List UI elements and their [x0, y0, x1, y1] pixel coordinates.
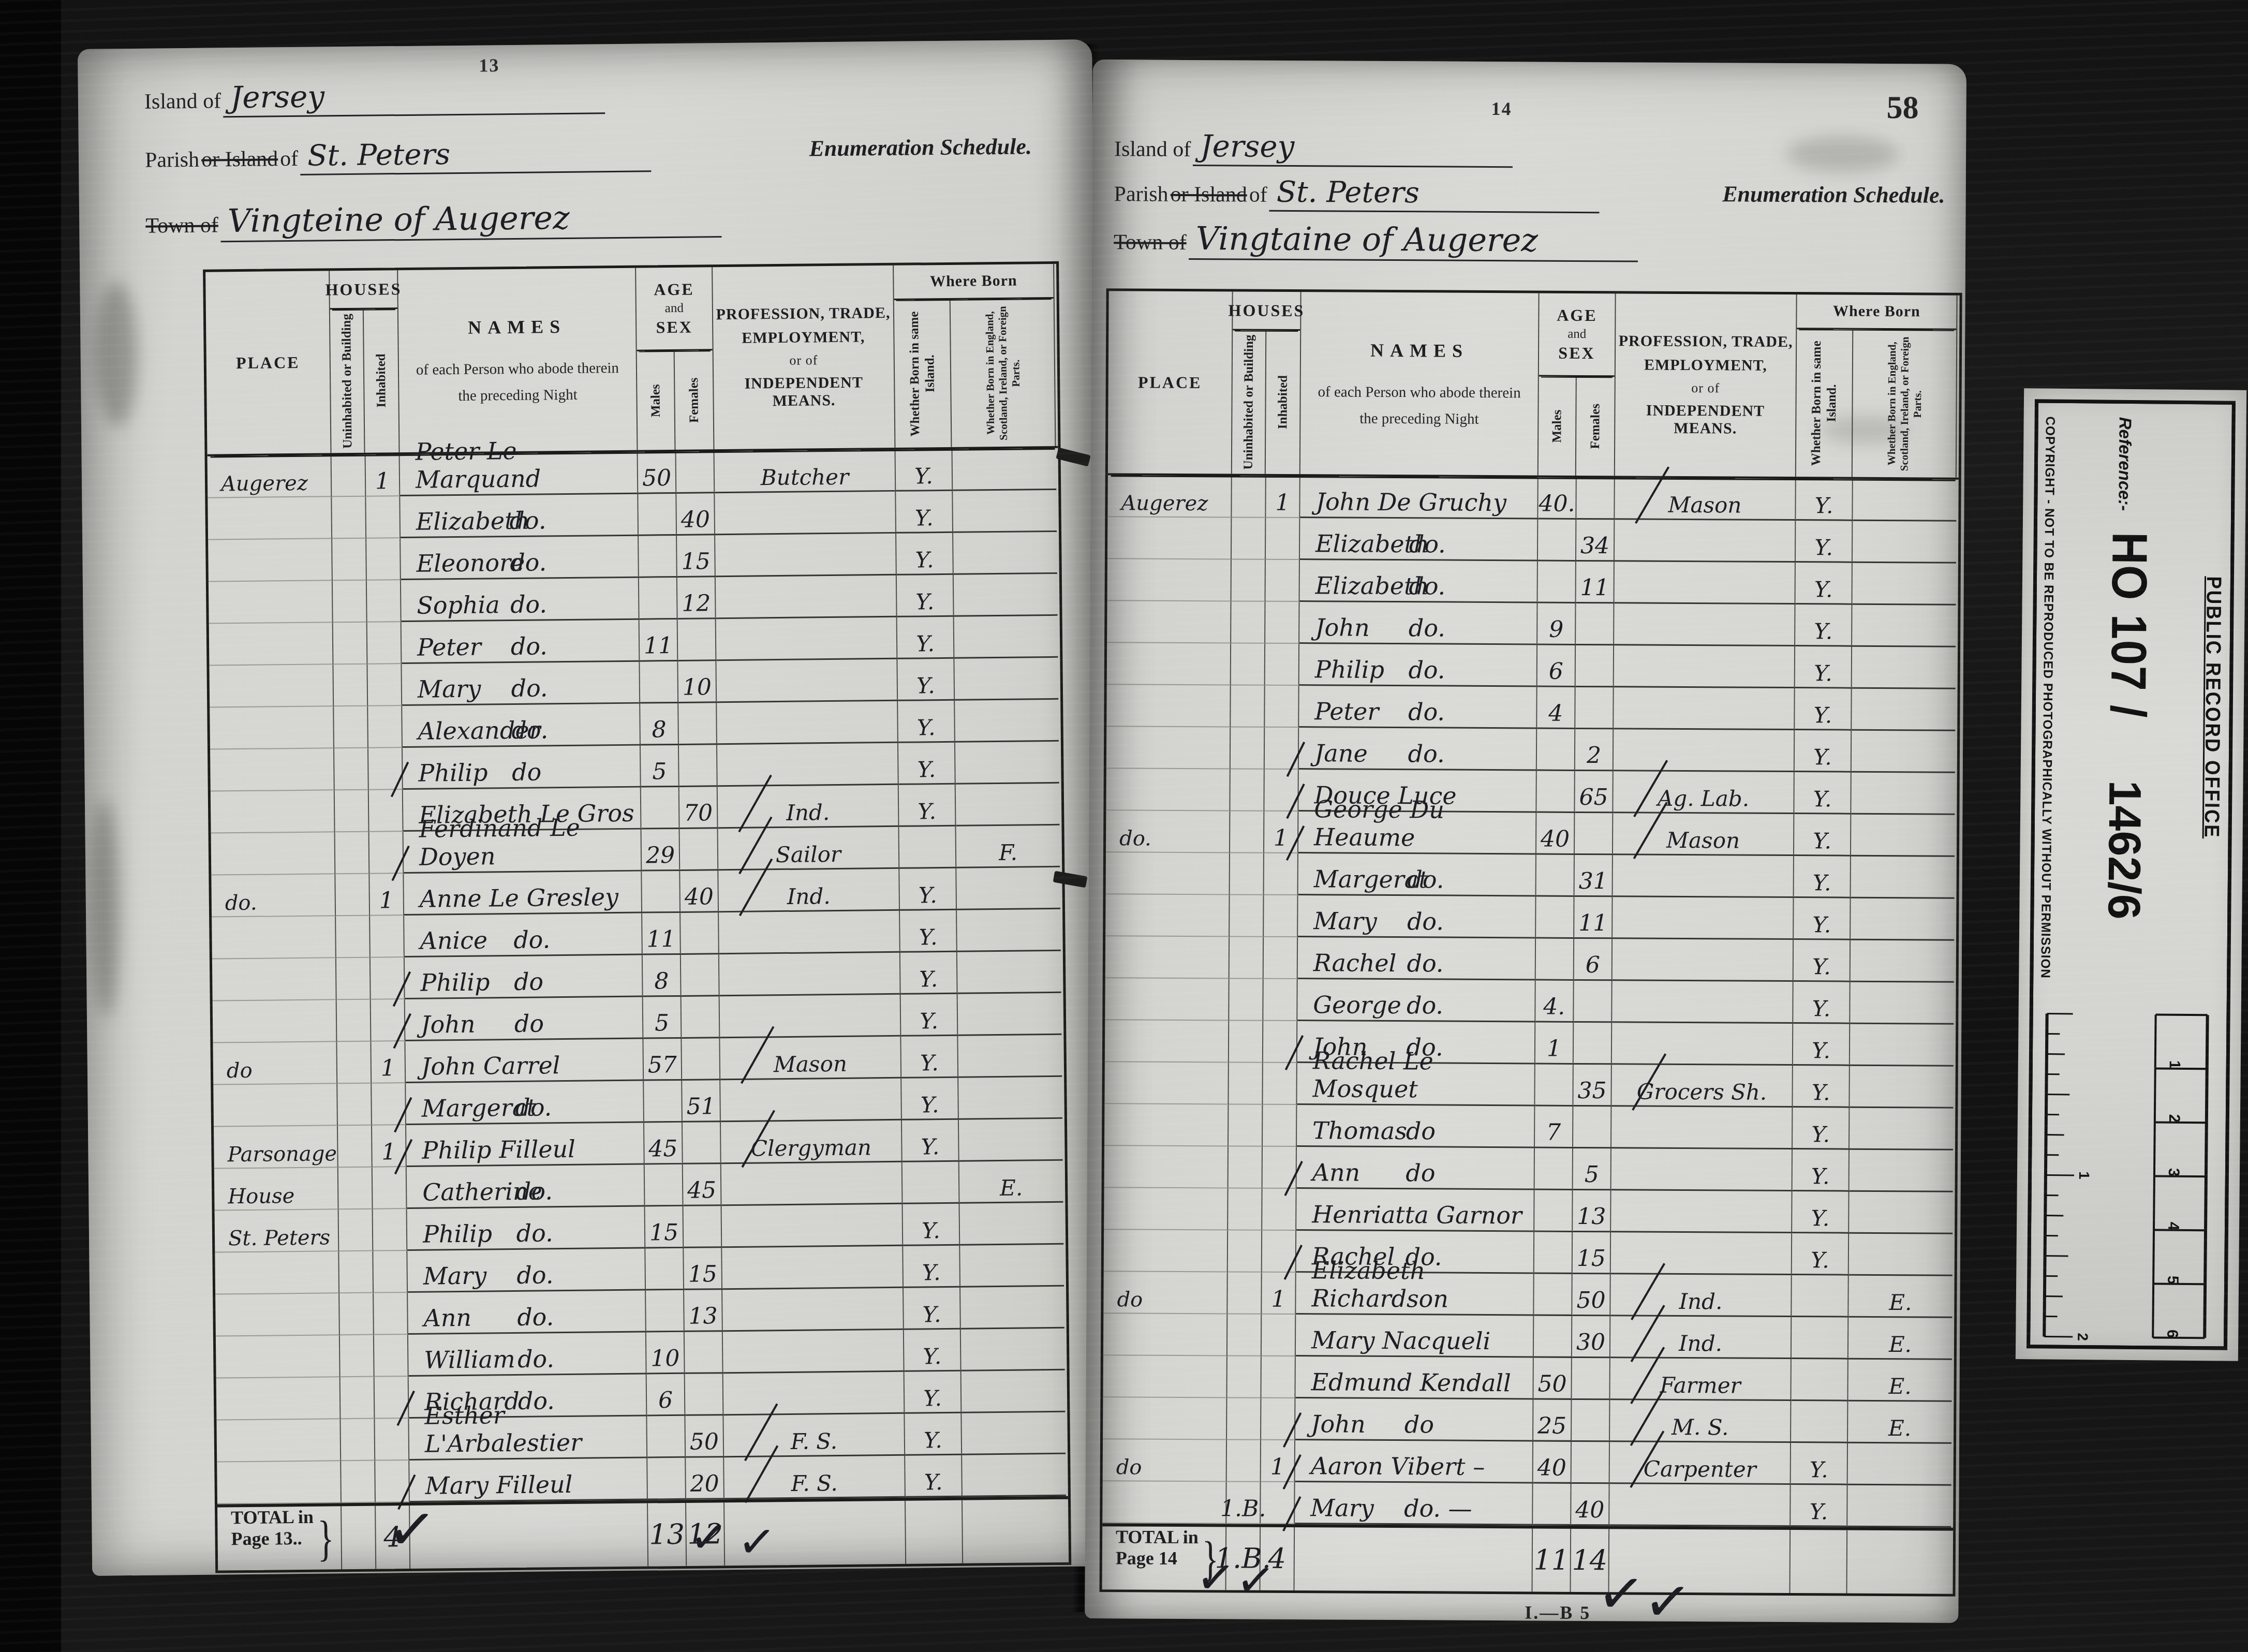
person-name: George	[1313, 991, 1401, 1019]
uninhabited-cell	[333, 581, 367, 623]
place-cell	[215, 1251, 339, 1294]
born-same-island-cell: Y.	[1796, 563, 1853, 605]
born-same-island-cell: Y.	[898, 701, 955, 743]
born-same-island-cell: Y.	[896, 533, 954, 576]
females-cell	[679, 745, 718, 787]
born-same-island-cell: Y.	[896, 491, 953, 534]
names-subtext2: the preceding Night	[1359, 410, 1478, 428]
females-cell	[681, 954, 720, 997]
profession-cell	[722, 1204, 904, 1248]
females-cell: 50	[1572, 1274, 1610, 1316]
uninhabited-cell	[336, 916, 371, 958]
born-same-island-cell: Y.	[1791, 1443, 1848, 1485]
person-name: Ann	[423, 1304, 471, 1332]
males-cell: 10	[646, 1332, 685, 1375]
island-label: Island of	[144, 89, 221, 113]
males-cell: 50	[638, 452, 677, 494]
records-body: Augerez1Peter Le Marquand50ButcherY.Eliz…	[208, 448, 1068, 1505]
name-cell: Anne Le Gresley	[404, 872, 642, 916]
person-name: William	[424, 1345, 515, 1374]
females-cell: 40	[680, 871, 719, 913]
females-cell	[1576, 478, 1615, 520]
born-elsewhere-cell	[955, 700, 1059, 743]
inhabited-label: Inhabited	[373, 354, 389, 408]
uninhabited-cell	[339, 1293, 374, 1336]
profession-cell: Ag. Lab.	[1613, 771, 1794, 814]
uninhabited-cell	[337, 1042, 372, 1084]
profession-label-3: or of	[1691, 380, 1720, 396]
females-cell	[1574, 981, 1612, 1023]
place-cell	[1106, 685, 1231, 727]
name-cell: Elizabethdo.	[1300, 560, 1538, 603]
born-elsewhere-cell	[1849, 1192, 1953, 1234]
place-cell	[213, 1084, 338, 1127]
inhabited-label: Inhabited	[1275, 375, 1291, 429]
place-cell	[209, 623, 334, 666]
profession-value: Ind.	[1679, 1289, 1722, 1314]
place-cell: House	[214, 1168, 339, 1211]
females-label: Females	[686, 377, 702, 423]
person-name: Mary Nacqueli	[1311, 1326, 1491, 1355]
ditto-mark: do.	[510, 590, 547, 618]
females-cell	[1575, 687, 1614, 729]
person-name: Esther L'Arbalestier	[424, 1400, 646, 1458]
place-cell	[1105, 978, 1229, 1021]
place-cell	[216, 1419, 341, 1462]
place-cell	[1105, 936, 1230, 979]
or-island-label: or Island	[201, 147, 278, 171]
person-name: Edmund Kendall	[1311, 1368, 1511, 1397]
column-where-born: Where Born Whether Born in same Island. …	[894, 264, 1056, 448]
column-born-same-island: Whether Born in same Island.	[894, 300, 952, 448]
profession-cell: Carpenter	[1610, 1442, 1791, 1485]
schedule-title: Enumeration Schedule.	[809, 133, 1032, 161]
record-row: Augerez1Peter Le Marquand50ButcherY.	[208, 448, 1059, 498]
inhabited-cell	[1263, 979, 1297, 1021]
inhabited-cell: 1	[1262, 1273, 1296, 1315]
profession-cell: F. S.	[724, 1456, 906, 1499]
profession-cell	[719, 953, 901, 996]
reference-piece: 1462/6	[2097, 780, 2151, 920]
page-number: 13	[479, 54, 499, 76]
females-cell: 15	[1573, 1232, 1611, 1274]
uninhabited-cell	[1228, 1230, 1262, 1272]
males-cell: 40	[1536, 813, 1575, 855]
females-cell: 35	[1573, 1065, 1611, 1107]
profession-label-2: EMPLOYMENT,	[742, 328, 865, 347]
total-born-elsewhere-cell	[963, 1499, 1067, 1564]
uninhabited-cell	[1229, 979, 1263, 1021]
profession-cell	[1614, 687, 1795, 730]
record-row: Rachel Le Mosquet35Grocers Sh.Y.	[1104, 1062, 1955, 1109]
record-row: Peterdo.4Y.	[1106, 685, 1957, 731]
copyright-notice: COPYRIGHT - NOT TO BE REPRODUCED PHOTOGR…	[2037, 416, 2057, 979]
island-label: Island of	[1114, 137, 1191, 161]
uninhabited-cell	[340, 1335, 375, 1378]
born-same-island-cell: Y.	[1793, 982, 1850, 1024]
males-cell	[1533, 1483, 1571, 1525]
uninhabited-cell	[1230, 811, 1264, 853]
parish-label: Parish	[145, 148, 199, 172]
name-cell: John Carrel	[405, 1039, 644, 1083]
record-row: Peterdo.11Y.	[209, 616, 1060, 666]
name-cell: George Du Heaume	[1298, 812, 1536, 854]
profession-value: Sailor	[776, 842, 841, 867]
where-born-label: Where Born	[1833, 302, 1920, 320]
males-cell: 11	[640, 620, 678, 662]
born-elsewhere-cell	[1853, 563, 1956, 606]
ditto-mark: do.	[1409, 530, 1446, 558]
males-cell: 8	[640, 703, 679, 746]
inhabited-cell	[374, 1293, 408, 1335]
of-label: of	[280, 147, 298, 171]
place-cell	[1105, 1020, 1229, 1063]
person-name: Rachel	[1313, 949, 1397, 977]
born-same-island-cell: Y.	[1794, 814, 1851, 857]
census-page-14: 14 58 Island of Jersey Enumeration Sched…	[1085, 60, 1966, 1623]
place-cell	[208, 497, 332, 540]
females-cell: 40	[676, 493, 715, 536]
person-name: Mary Filleul	[425, 1470, 572, 1500]
table-header: PLACE HOUSES Uninhabited or Building Inh…	[205, 264, 1058, 456]
place-cell	[212, 958, 337, 1001]
females-cell	[678, 703, 717, 745]
profession-cell: Mason	[1613, 813, 1794, 856]
record-row: do.1Anne Le Gresley40Ind.Y.	[211, 867, 1062, 918]
born-elsewhere-cell	[1847, 1485, 1951, 1528]
record-row: Marydo.15Y.	[215, 1245, 1066, 1295]
females-cell: 10	[678, 661, 717, 703]
uninhabited-cell	[1230, 895, 1264, 937]
table-header: PLACE HOUSES Uninhabited or Building Inh…	[1108, 291, 1960, 480]
total-row: TOTAL in Page 13.. } 4 13 12	[217, 1496, 1069, 1571]
males-cell	[645, 1164, 684, 1207]
males-cell	[1535, 1148, 1573, 1190]
place-cell	[216, 1377, 341, 1420]
males-cell	[644, 1081, 683, 1123]
males-cell	[638, 494, 677, 536]
record-row: Margeratdo.51Y.	[213, 1077, 1064, 1127]
uninhabited-cell	[335, 790, 369, 833]
born-elsewhere-cell	[1848, 1443, 1951, 1486]
uninhabited-cell	[1228, 1188, 1262, 1230]
person-name: Jane	[1314, 739, 1368, 768]
place-cell	[213, 1000, 337, 1043]
record-row: Georgedo.4.Y.	[1105, 978, 1956, 1025]
born-elsewhere-cell	[1851, 940, 1954, 983]
record-row: Janedo.2Y.	[1106, 727, 1957, 773]
uninhabited-cell	[335, 874, 370, 917]
check-mark: ✓	[735, 1513, 778, 1570]
person-name: George Du Heaume	[1314, 795, 1536, 852]
ditto-mark: do.	[510, 548, 546, 577]
males-cell	[639, 578, 678, 620]
folio-number: 58	[1886, 90, 1918, 126]
females-cell: 2	[1575, 729, 1614, 771]
place-cell: Augerez	[208, 455, 332, 498]
profession-value: Ind.	[786, 800, 830, 825]
born-same-island-cell: Y.	[905, 1413, 962, 1456]
record-row: Marydo.10Y.	[209, 658, 1060, 708]
person-name: Anne Le Gresley	[420, 883, 619, 913]
uninhabited-cell	[332, 539, 367, 581]
born-same-island-cell: Y.	[1793, 1108, 1850, 1150]
males-cell	[647, 1458, 686, 1500]
record-row: Anndo.13Y.	[215, 1287, 1067, 1337]
check-mark: ✓	[1594, 1558, 1649, 1629]
uninhabited-cell	[1230, 853, 1264, 895]
born-elsewhere-cell	[1850, 982, 1954, 1025]
svg-text:2: 2	[2166, 1114, 2183, 1123]
where-born-label: Where Born	[930, 272, 1017, 291]
males-cell: 6	[647, 1374, 686, 1417]
inhabited-cell	[1264, 853, 1298, 895]
ditto-mark: do.	[509, 506, 546, 535]
born-elsewhere-cell	[959, 1203, 1063, 1246]
females-cell	[1576, 603, 1614, 645]
island-value: Jersey	[1200, 128, 1295, 164]
svg-text:2: 2	[2075, 1333, 2091, 1341]
born-elsewhere-cell	[962, 1454, 1066, 1497]
inhabited-cell	[370, 916, 405, 958]
born-elsewhere-cell	[1851, 857, 1955, 899]
record-row: Henriatta Garnor13Y.	[1104, 1188, 1955, 1234]
inhabited-cell: 1	[366, 454, 401, 497]
place-cell	[209, 665, 334, 707]
born-same-island-cell: Y.	[1794, 940, 1851, 982]
males-cell	[645, 1248, 684, 1291]
ditto-mark: do. —	[1404, 1494, 1472, 1523]
females-cell: 40	[1571, 1484, 1609, 1526]
record-row: Esther L'Arbalestier50F. S.Y.	[216, 1412, 1068, 1463]
column-inhabited: Inhabited	[1266, 331, 1300, 474]
inhabited-cell: 1	[371, 1041, 406, 1084]
parish-line: Parish or Island of St. Peters	[145, 136, 652, 176]
place-cell: Parsonage	[214, 1126, 338, 1169]
svg-text:3: 3	[2165, 1168, 2182, 1177]
profession-cell	[1611, 1190, 1792, 1233]
inhabited-cell	[375, 1419, 409, 1461]
person-name: Eleonore	[416, 549, 525, 578]
place-cell	[1107, 517, 1232, 559]
profession-cell	[722, 1246, 904, 1290]
profession-cell	[1615, 562, 1796, 604]
record-row: Mary Filleul20F. S.Y.	[217, 1454, 1068, 1505]
born-same-island-cell: Y.	[1795, 730, 1852, 773]
born-elsewhere-cell	[960, 1245, 1064, 1288]
males-cell	[1534, 1232, 1573, 1274]
inhabited-cell	[369, 790, 404, 832]
place-cell	[1104, 1062, 1229, 1104]
males-cell	[1536, 939, 1574, 981]
males-cell: 6	[1537, 645, 1576, 687]
place-cell	[211, 832, 336, 875]
born-elsewhere-cell	[957, 951, 1061, 994]
person-name: Thomas	[1312, 1116, 1407, 1145]
ditto-mark: do.	[511, 716, 548, 744]
person-name: John	[1311, 1410, 1366, 1438]
uninhabited-cell	[1232, 518, 1266, 559]
record-row: Anndo5Y.	[1104, 1146, 1955, 1192]
svg-text:1: 1	[2076, 1171, 2092, 1179]
person-name: Mary	[1313, 907, 1377, 935]
profession-cell	[1613, 897, 1794, 940]
check-mark: ✓	[1233, 1552, 1278, 1610]
column-born-elsewhere: Whether Born in England, Scotland, Irela…	[951, 299, 1055, 447]
total-males-cell: 13	[648, 1503, 687, 1567]
uninhabited-cell	[332, 455, 366, 497]
name-cell: Alexanderdo.	[402, 704, 641, 748]
ditto-mark: do.	[513, 925, 550, 954]
record-row: 1.B.Marydo. —40Y.	[1102, 1481, 1953, 1528]
person-name: John	[421, 1010, 476, 1039]
uninhabited-cell	[339, 1251, 374, 1294]
name-cell: Margeratdo.	[1298, 853, 1536, 896]
profession-cell	[721, 1162, 903, 1206]
born-same-island-cell: Y.	[1794, 898, 1851, 940]
profession-cell	[719, 911, 900, 954]
born-elsewhere-cell: E.	[959, 1161, 1063, 1204]
total-names-cell	[1295, 1527, 1533, 1591]
born-elsewhere-cell	[954, 658, 1058, 701]
ditto-mark: do	[514, 967, 544, 996]
record-row: Johndo5Y.	[213, 993, 1064, 1043]
parish-value: St. Peters	[1277, 175, 1419, 210]
name-cell: John De Gruchy	[1300, 476, 1538, 519]
name-cell: Mary Nacqueli	[1296, 1315, 1534, 1358]
ditto-mark: do.	[1408, 656, 1445, 684]
name-cell: Thomasdo	[1297, 1105, 1535, 1148]
males-cell: 29	[642, 829, 681, 872]
scanned-census-spread: 13 Island of Jersey Enumeration Schedule…	[0, 0, 2248, 1652]
place-cell	[216, 1335, 341, 1378]
profession-cell	[717, 701, 898, 745]
enumeration-table: PLACE HOUSES Uninhabited or Building Inh…	[1099, 288, 1962, 1597]
born-elsewhere-cell	[957, 909, 1061, 952]
person-name: Ferdinand Le Doyen	[419, 813, 641, 871]
profession-cell	[1609, 1484, 1791, 1527]
profession-cell: Ind.	[718, 869, 900, 912]
uninhabited-cell	[1232, 559, 1266, 601]
person-name: Peter	[1314, 697, 1379, 726]
males-cell: 5	[641, 745, 679, 788]
total-label-cell: TOTAL in Page 13.. }	[217, 1506, 342, 1570]
females-cell	[680, 829, 719, 871]
place-cell	[1107, 601, 1231, 643]
born-same-island-cell: Y.	[1793, 1066, 1850, 1108]
profession-value: Ind.	[1679, 1331, 1722, 1356]
uninhabited-cell	[341, 1419, 375, 1462]
and-label: and	[665, 301, 684, 316]
parish-label: Parish	[1114, 182, 1169, 207]
name-cell: Janedo.	[1299, 728, 1537, 771]
name-cell: Marydo.	[407, 1249, 646, 1293]
females-cell	[683, 1122, 721, 1164]
born-elsewhere-cell	[958, 1035, 1062, 1078]
total-in-label: TOTAL in	[231, 1507, 314, 1529]
record-row: Parsonage1Philip Filleul45ClergymanY.	[214, 1119, 1065, 1169]
profession-cell	[1615, 520, 1796, 563]
born-same-island-cell: Y.	[901, 1078, 959, 1120]
record-row: do1Aaron Vibert –40CarpenterY.	[1103, 1439, 1954, 1486]
profession-cell	[1611, 1148, 1793, 1191]
record-office-title: PUBLIC RECORD OFFICE	[2200, 577, 2225, 839]
born-same-island-cell: Y.	[1796, 521, 1853, 563]
born-same-island-cell: Y.	[1795, 646, 1852, 689]
name-cell: Eleonoredo.	[401, 536, 639, 580]
place-header-label: PLACE	[1138, 373, 1202, 392]
place-cell	[1106, 727, 1231, 769]
born-same-island-cell: Y.	[1793, 1149, 1850, 1192]
females-cell: 6	[1574, 939, 1613, 981]
ditto-mark: do	[1406, 1117, 1436, 1145]
males-cell: 50	[1533, 1358, 1572, 1399]
name-cell: Henriatta Garnor	[1296, 1189, 1534, 1232]
ditto-mark: do.	[516, 1261, 553, 1289]
record-row: Elizabethdo.40Y.	[208, 490, 1059, 540]
profession-cell	[1613, 855, 1794, 898]
born-same-island-cell: Y.	[903, 1246, 960, 1288]
females-cell: 13	[1573, 1190, 1611, 1232]
profession-value: Butcher	[761, 464, 849, 491]
name-cell: Peterdo.	[402, 620, 640, 664]
profession-cell	[1614, 645, 1795, 688]
uninhabited-cell	[333, 665, 368, 707]
place-cell	[217, 1461, 342, 1504]
name-cell: Rachel Le Mosquet	[1297, 1063, 1535, 1106]
name-cell: Georgedo.	[1297, 979, 1535, 1022]
males-cell: 57	[643, 1039, 682, 1081]
town-line: Town of Vingtaine of Augerez	[1114, 219, 1638, 262]
total-page-label: Page 14	[1116, 1548, 1177, 1570]
born-same-island-cell: Y.	[1794, 772, 1851, 815]
born-same-island-cell	[903, 1162, 960, 1204]
place-cell	[1102, 1481, 1226, 1524]
born-same-island-cell: Y.	[899, 868, 957, 911]
census-page-13: 13 Island of Jersey Enumeration Schedule…	[78, 39, 1106, 1576]
females-cell: 34	[1576, 520, 1615, 562]
person-name: Peter	[417, 633, 481, 661]
inhabited-cell	[1264, 937, 1298, 979]
males-cell	[647, 1416, 686, 1458]
profession-value: M. S.	[1672, 1414, 1729, 1440]
males-cell: 40.	[1538, 478, 1576, 520]
males-cell	[1534, 1190, 1573, 1232]
uninhabited-cell	[339, 1210, 374, 1252]
place-cell	[209, 581, 333, 624]
profession-cell	[716, 576, 897, 619]
born-same-island-cell: Y.	[1795, 604, 1852, 647]
born-same-island-cell	[1791, 1359, 1848, 1402]
total-born-island-cell	[906, 1500, 963, 1564]
record-row: Anicedo.11Y.	[212, 909, 1063, 960]
profession-label-4: INDEPENDENT MEANS.	[1615, 402, 1795, 438]
profession-label-4: INDEPENDENT MEANS.	[714, 374, 894, 410]
profession-label-2: EMPLOYMENT,	[1644, 357, 1767, 375]
profession-value: Mason	[774, 1051, 847, 1077]
inhabited-cell	[1261, 1356, 1295, 1398]
name-cell: Peterdo.	[1299, 686, 1537, 729]
born-elsewhere-cell	[1851, 773, 1955, 815]
females-cell	[1572, 1358, 1610, 1400]
profession-cell: Ind.	[1610, 1274, 1792, 1317]
males-cell	[646, 1290, 685, 1333]
column-age-sex: AGE and SEX Males Females	[636, 267, 714, 450]
name-cell: Johndo	[405, 997, 644, 1041]
males-cell	[639, 536, 677, 578]
person-name: Sophia	[417, 591, 500, 620]
profession-cell: Mason	[720, 1037, 901, 1080]
